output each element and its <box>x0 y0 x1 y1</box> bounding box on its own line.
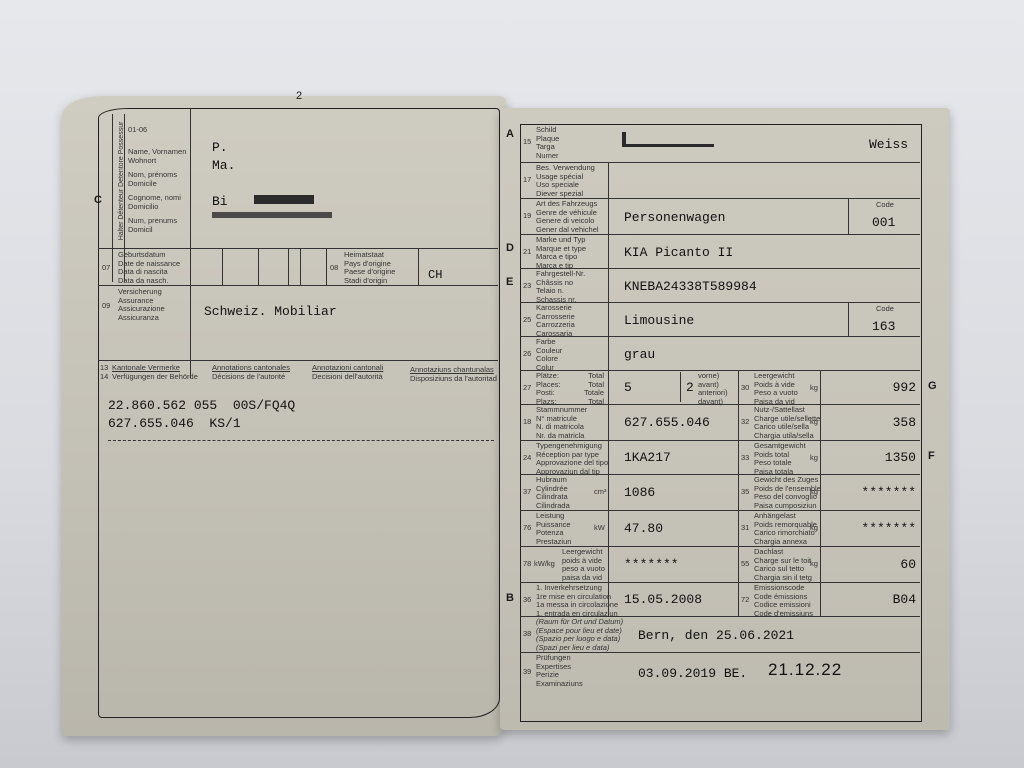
field-code-55: 55 <box>741 560 749 569</box>
holder-address-line: Bi <box>212 194 228 209</box>
divider <box>608 546 609 582</box>
field-value-21: KIA Picanto II <box>624 245 733 260</box>
front-seats-labels: vorne)avant)anteriori)davant) <box>698 372 728 406</box>
annotations-header-rm: Annotaziuns chantunalas Disposiziuns da … <box>410 366 497 383</box>
label: Domicilio <box>128 203 186 212</box>
divider <box>300 248 301 285</box>
label: Chargia annexa <box>754 538 817 547</box>
label: Decisioni dell'autorità <box>312 373 383 382</box>
section-letter-a: A <box>506 128 514 140</box>
field-labels-33: GesamtgewichtPoids totalPeso totalePaisa… <box>754 442 806 476</box>
field-value-33: 1350 <box>885 450 916 465</box>
divider <box>820 582 821 616</box>
divider <box>520 652 920 653</box>
field-labels-08: Heimatstaat Pays d'origine Paese d'origi… <box>344 251 395 285</box>
field-value-18: 627.655.046 <box>624 415 710 430</box>
field-code-37: 37 <box>523 488 531 497</box>
field-code-39: 39 <box>523 668 531 677</box>
field-value-76: 47.80 <box>624 521 663 536</box>
field-code-38: 38 <box>523 630 531 639</box>
field-labels-39: PrüfungenExpertisesPerizieExaminaziuns <box>536 654 583 688</box>
field-labels-78: Leergewichtpoids à videpeso a vuotopaisa… <box>562 548 605 582</box>
label: Examinaziuns <box>536 680 583 689</box>
divider <box>608 582 609 616</box>
annotations-header-fr: Annotations cantonales Décisions de l'au… <box>212 364 290 381</box>
field-labels-55: DachlastCharge sur le toitCarico sul tet… <box>754 548 812 582</box>
divider <box>738 546 739 582</box>
section-letter-g: G <box>928 380 937 392</box>
field-labels-15: SchildPlaqueTargaNumer <box>536 126 559 160</box>
section-letter-b: B <box>506 592 514 604</box>
field-value-25: Limousine <box>624 313 694 328</box>
insurance-value: Schweiz. Mobiliar <box>204 304 337 319</box>
field-code-24: 24 <box>523 454 531 463</box>
field-code-value-25: 163 <box>872 319 895 334</box>
divider <box>608 510 609 546</box>
label: Diever spezial <box>536 190 595 199</box>
field-labels-23: Fahrgestell-Nr.Châssis noTelaio n.Schass… <box>536 270 585 304</box>
left-page: 2 C Halter Détenteur Detentore Possessur… <box>62 96 506 736</box>
label: Disposiziuns da l'autoritad <box>410 375 497 384</box>
section-letter-f: F <box>928 450 935 462</box>
code-label: Code <box>876 305 894 314</box>
annotations-header-it: Annotazioni cantonali Decisioni dell'aut… <box>312 364 383 381</box>
page-number: 2 <box>296 90 302 102</box>
field-value-31: ******* <box>861 521 916 536</box>
label: (Spazi per lieu e data) <box>536 644 623 653</box>
label: Prestaziun <box>536 538 571 547</box>
divider <box>738 440 739 474</box>
label: Data da nasch. <box>118 277 180 286</box>
code-label: Code <box>876 201 894 210</box>
field-code-35: 35 <box>741 488 749 497</box>
unit-label: kg <box>810 560 818 569</box>
divider <box>608 302 609 336</box>
label: 14 <box>100 373 108 382</box>
field-labels-37: HubraumCylindréeCilindrataCilindrada <box>536 476 570 510</box>
unit-label: kg <box>810 454 818 463</box>
divider <box>608 404 609 440</box>
field-labels-25: KarosserieCarrosserieCarrozzeriaCarossar… <box>536 304 575 338</box>
label: Chargia utila/sella <box>754 432 820 441</box>
field-labels-72: EmissionscodeCode émissionsCodice emissi… <box>754 584 813 618</box>
label: Assicuranza <box>118 314 165 323</box>
label: Chargia sin il tetg <box>754 574 812 583</box>
field-code-21: 21 <box>523 248 531 257</box>
unit-label: kg <box>810 384 818 393</box>
field-code-36: 36 <box>523 596 531 605</box>
divider <box>820 370 821 404</box>
divider <box>820 510 821 546</box>
label: Verfügungen der Behörde <box>112 373 198 382</box>
divider <box>608 440 609 474</box>
field-value-15: Weiss <box>869 137 908 152</box>
right-page: SchildPlaqueTargaNumer15WeissBes. Verwen… <box>500 108 950 730</box>
field-code-25: 25 <box>523 316 531 325</box>
field-labels-26: FarbeCouleurColoreColur <box>536 338 562 372</box>
divider <box>520 336 920 337</box>
divider <box>258 248 259 285</box>
divider <box>820 474 821 510</box>
field-code-78: 78 <box>523 560 531 569</box>
field-labels-07: Geburtsdatum Date de naissance Data di n… <box>118 251 180 285</box>
field-code-07: 07 <box>102 264 110 273</box>
annotation-line: 627.655.046 KS/1 <box>108 416 241 431</box>
label: Gener dal vehichel <box>536 226 599 235</box>
field-code-33: 33 <box>741 454 749 463</box>
field-labels-27: Plätze:Places:Posti:Plazs: <box>536 372 561 406</box>
divider <box>418 248 419 285</box>
divider <box>520 370 920 371</box>
unit-label: kW/kg <box>534 560 555 569</box>
field-labels-01-06: Name, Vornamen Wohnort Nom, prénoms Domi… <box>128 148 186 234</box>
field-value-27: 5 <box>624 380 632 395</box>
field-value-23: KNEBA24338T589984 <box>624 279 757 294</box>
divider <box>820 404 821 440</box>
field-labels-19: Art des FahrzeugsGenre de véhiculeGenere… <box>536 200 599 234</box>
dashed-separator <box>108 440 494 441</box>
section-letter-e: E <box>506 276 513 288</box>
field-code-value-19: 001 <box>872 215 895 230</box>
divider <box>288 248 289 285</box>
field-value-55: 60 <box>900 557 916 572</box>
label: Domicil <box>128 226 186 235</box>
section-letter-d: D <box>506 242 514 254</box>
field-value-72: B04 <box>893 592 916 607</box>
field-code-30: 30 <box>741 384 749 393</box>
inspection-stamp: 21.12.22 <box>768 660 842 680</box>
field-code-72: 72 <box>741 596 749 605</box>
field-value-37: 1086 <box>624 485 655 500</box>
divider <box>326 248 327 285</box>
field-code-76: 76 <box>523 524 531 533</box>
field-code-15: 15 <box>523 138 531 147</box>
divider <box>680 372 681 402</box>
field-value-32: 358 <box>893 415 916 430</box>
field-code-17: 17 <box>523 176 531 185</box>
field-code-09: 09 <box>102 302 110 311</box>
totals-labels: TotalTotalTotaleTotal <box>584 372 604 406</box>
divider <box>608 198 609 234</box>
field-code-08: 08 <box>330 264 338 273</box>
divider <box>98 248 498 249</box>
issue-place-date-value: Bern, den 25.06.2021 <box>638 628 794 643</box>
divider <box>820 440 821 474</box>
divider <box>848 302 849 336</box>
label: Domicile <box>128 180 186 189</box>
field-labels-76: LeistungPuissancePotenzaPrestaziun <box>536 512 571 546</box>
unit-label: cm³ <box>594 488 607 497</box>
field-value-30: 992 <box>893 380 916 395</box>
field-code-23: 23 <box>523 282 531 291</box>
label: paisa da vid <box>562 574 605 583</box>
divider <box>608 336 609 370</box>
label: Cilindrada <box>536 502 570 511</box>
field-labels-09: Versicherung Assurance Assicurazione Ass… <box>118 288 165 322</box>
divider <box>608 234 609 268</box>
label: Décisions de l'autorité <box>212 373 290 382</box>
divider <box>848 198 849 234</box>
field-labels-18: StammnummerN° matriculeN. di matricolaNr… <box>536 406 587 440</box>
field-value-35: ******* <box>861 485 916 500</box>
divider <box>738 370 739 404</box>
divider <box>608 268 609 302</box>
annotations-header-de: Kantonale Vermerke Verfügungen der Behör… <box>112 364 198 381</box>
divider <box>738 582 739 616</box>
holder-name-line: Ma. <box>212 158 235 173</box>
label: Numer <box>536 152 559 161</box>
divider <box>608 162 609 198</box>
field-code-18: 18 <box>523 418 531 427</box>
divider <box>520 510 920 511</box>
label: Stadi d'origin <box>344 277 395 286</box>
field-value-36: 15.05.2008 <box>624 592 702 607</box>
inspection-value: 03.09.2019 BE. <box>638 666 747 681</box>
field-code-32: 32 <box>741 418 749 427</box>
divider <box>112 114 113 282</box>
field-labels-36: 1. Inverkehrsetzung1re mise en circulati… <box>536 584 618 618</box>
divider <box>520 302 920 303</box>
label: Paisa cumposiziun <box>754 502 821 511</box>
field-value-78: ******* <box>624 557 679 572</box>
unit-label: kg <box>810 418 818 427</box>
field-code-01-06: 01-06 <box>128 126 147 135</box>
section-letter-c: C <box>94 194 102 206</box>
field-labels-38: (Raum für Ort und Datum)(Espace pour lie… <box>536 618 623 652</box>
field-value-24: 1KA217 <box>624 450 671 465</box>
divider <box>98 285 498 286</box>
divider <box>520 474 920 475</box>
field-value-19: Personenwagen <box>624 210 725 225</box>
field-value-26: grau <box>624 347 655 362</box>
holder-name-line: P. <box>212 140 228 155</box>
redaction-bar <box>254 195 314 204</box>
divider <box>190 108 191 378</box>
holder-vertical-label: Halter Détenteur Detentore Possessur <box>118 160 127 240</box>
divider <box>820 546 821 582</box>
divider <box>608 370 609 404</box>
field-labels-17: Bes. VerwendungUsage spécialUso speciale… <box>536 164 595 198</box>
redaction-bar <box>212 212 332 218</box>
unit-label: kW <box>594 524 605 533</box>
front-seats-value: 2 <box>686 380 694 395</box>
label: Wohnort <box>128 157 186 166</box>
field-labels-31: AnhängelastPoids remorquableCarico rimor… <box>754 512 817 546</box>
field-codes-13-14: 13 14 <box>100 364 108 381</box>
annotation-line: 22.860.562 055 00S/FQ4Q <box>108 398 295 413</box>
divider <box>738 474 739 510</box>
divider <box>98 360 498 361</box>
unit-label: kg <box>810 524 818 533</box>
divider <box>738 510 739 546</box>
field-labels-24: TypengenehmigungRéception par typeApprov… <box>536 442 608 476</box>
divider <box>608 474 609 510</box>
label: Nr. da matricla <box>536 432 587 441</box>
divider <box>222 248 223 285</box>
field-labels-21: Marke und TypMarque et typeMarca e tipoM… <box>536 236 586 270</box>
field-code-19: 19 <box>523 212 531 221</box>
field-code-27: 27 <box>523 384 531 393</box>
field-labels-30: LeergewichtPoids à videPeso a vuotoPaisa… <box>754 372 798 406</box>
origin-country-value: CH <box>428 268 442 282</box>
divider <box>738 404 739 440</box>
unit-label: kg <box>810 488 818 497</box>
field-code-26: 26 <box>523 350 531 359</box>
redaction-bar <box>622 144 714 147</box>
field-code-31: 31 <box>741 524 749 533</box>
